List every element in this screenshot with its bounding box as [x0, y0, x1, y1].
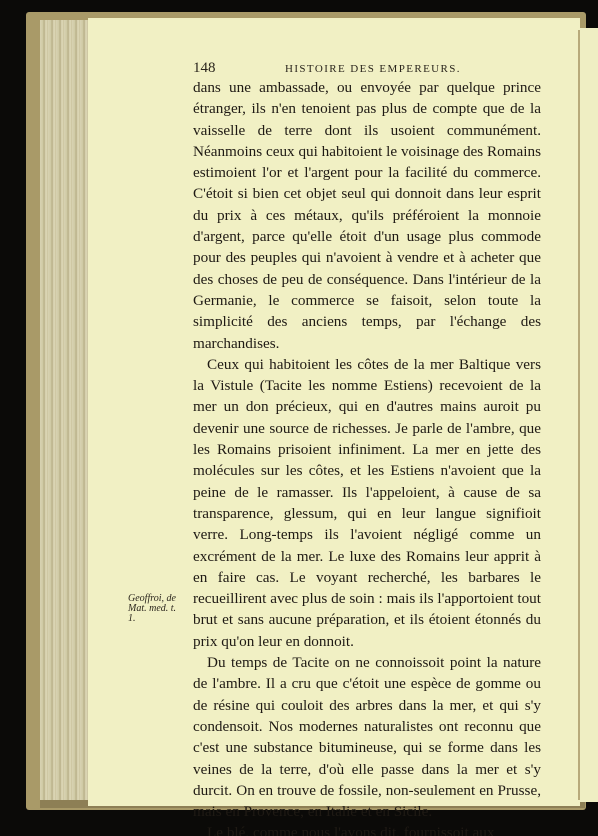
gutter-line [578, 30, 580, 800]
page-edges [40, 20, 90, 805]
body-text: dans une ambassade, ou envoyée par quelq… [193, 77, 541, 836]
paragraph: Ceux qui habitoient les côtes de la mer … [193, 354, 541, 652]
paragraph: Du temps de Tacite on ne connoissoit poi… [193, 652, 541, 822]
margin-note: Geoffroi, de Mat. med. t. 1. [128, 594, 192, 624]
page-number: 148 [193, 60, 216, 77]
running-head: HISTOIRE DES EMPEREURS. [285, 63, 461, 75]
facing-page [580, 28, 598, 802]
paragraph: Le blé, comme nous l'avons dit, fourniss… [193, 822, 541, 836]
margin-note-line: 1. [128, 614, 192, 624]
margin-note-line: Mat. med. t. [128, 604, 192, 614]
paragraph: dans une ambassade, ou envoyée par quelq… [193, 77, 541, 354]
